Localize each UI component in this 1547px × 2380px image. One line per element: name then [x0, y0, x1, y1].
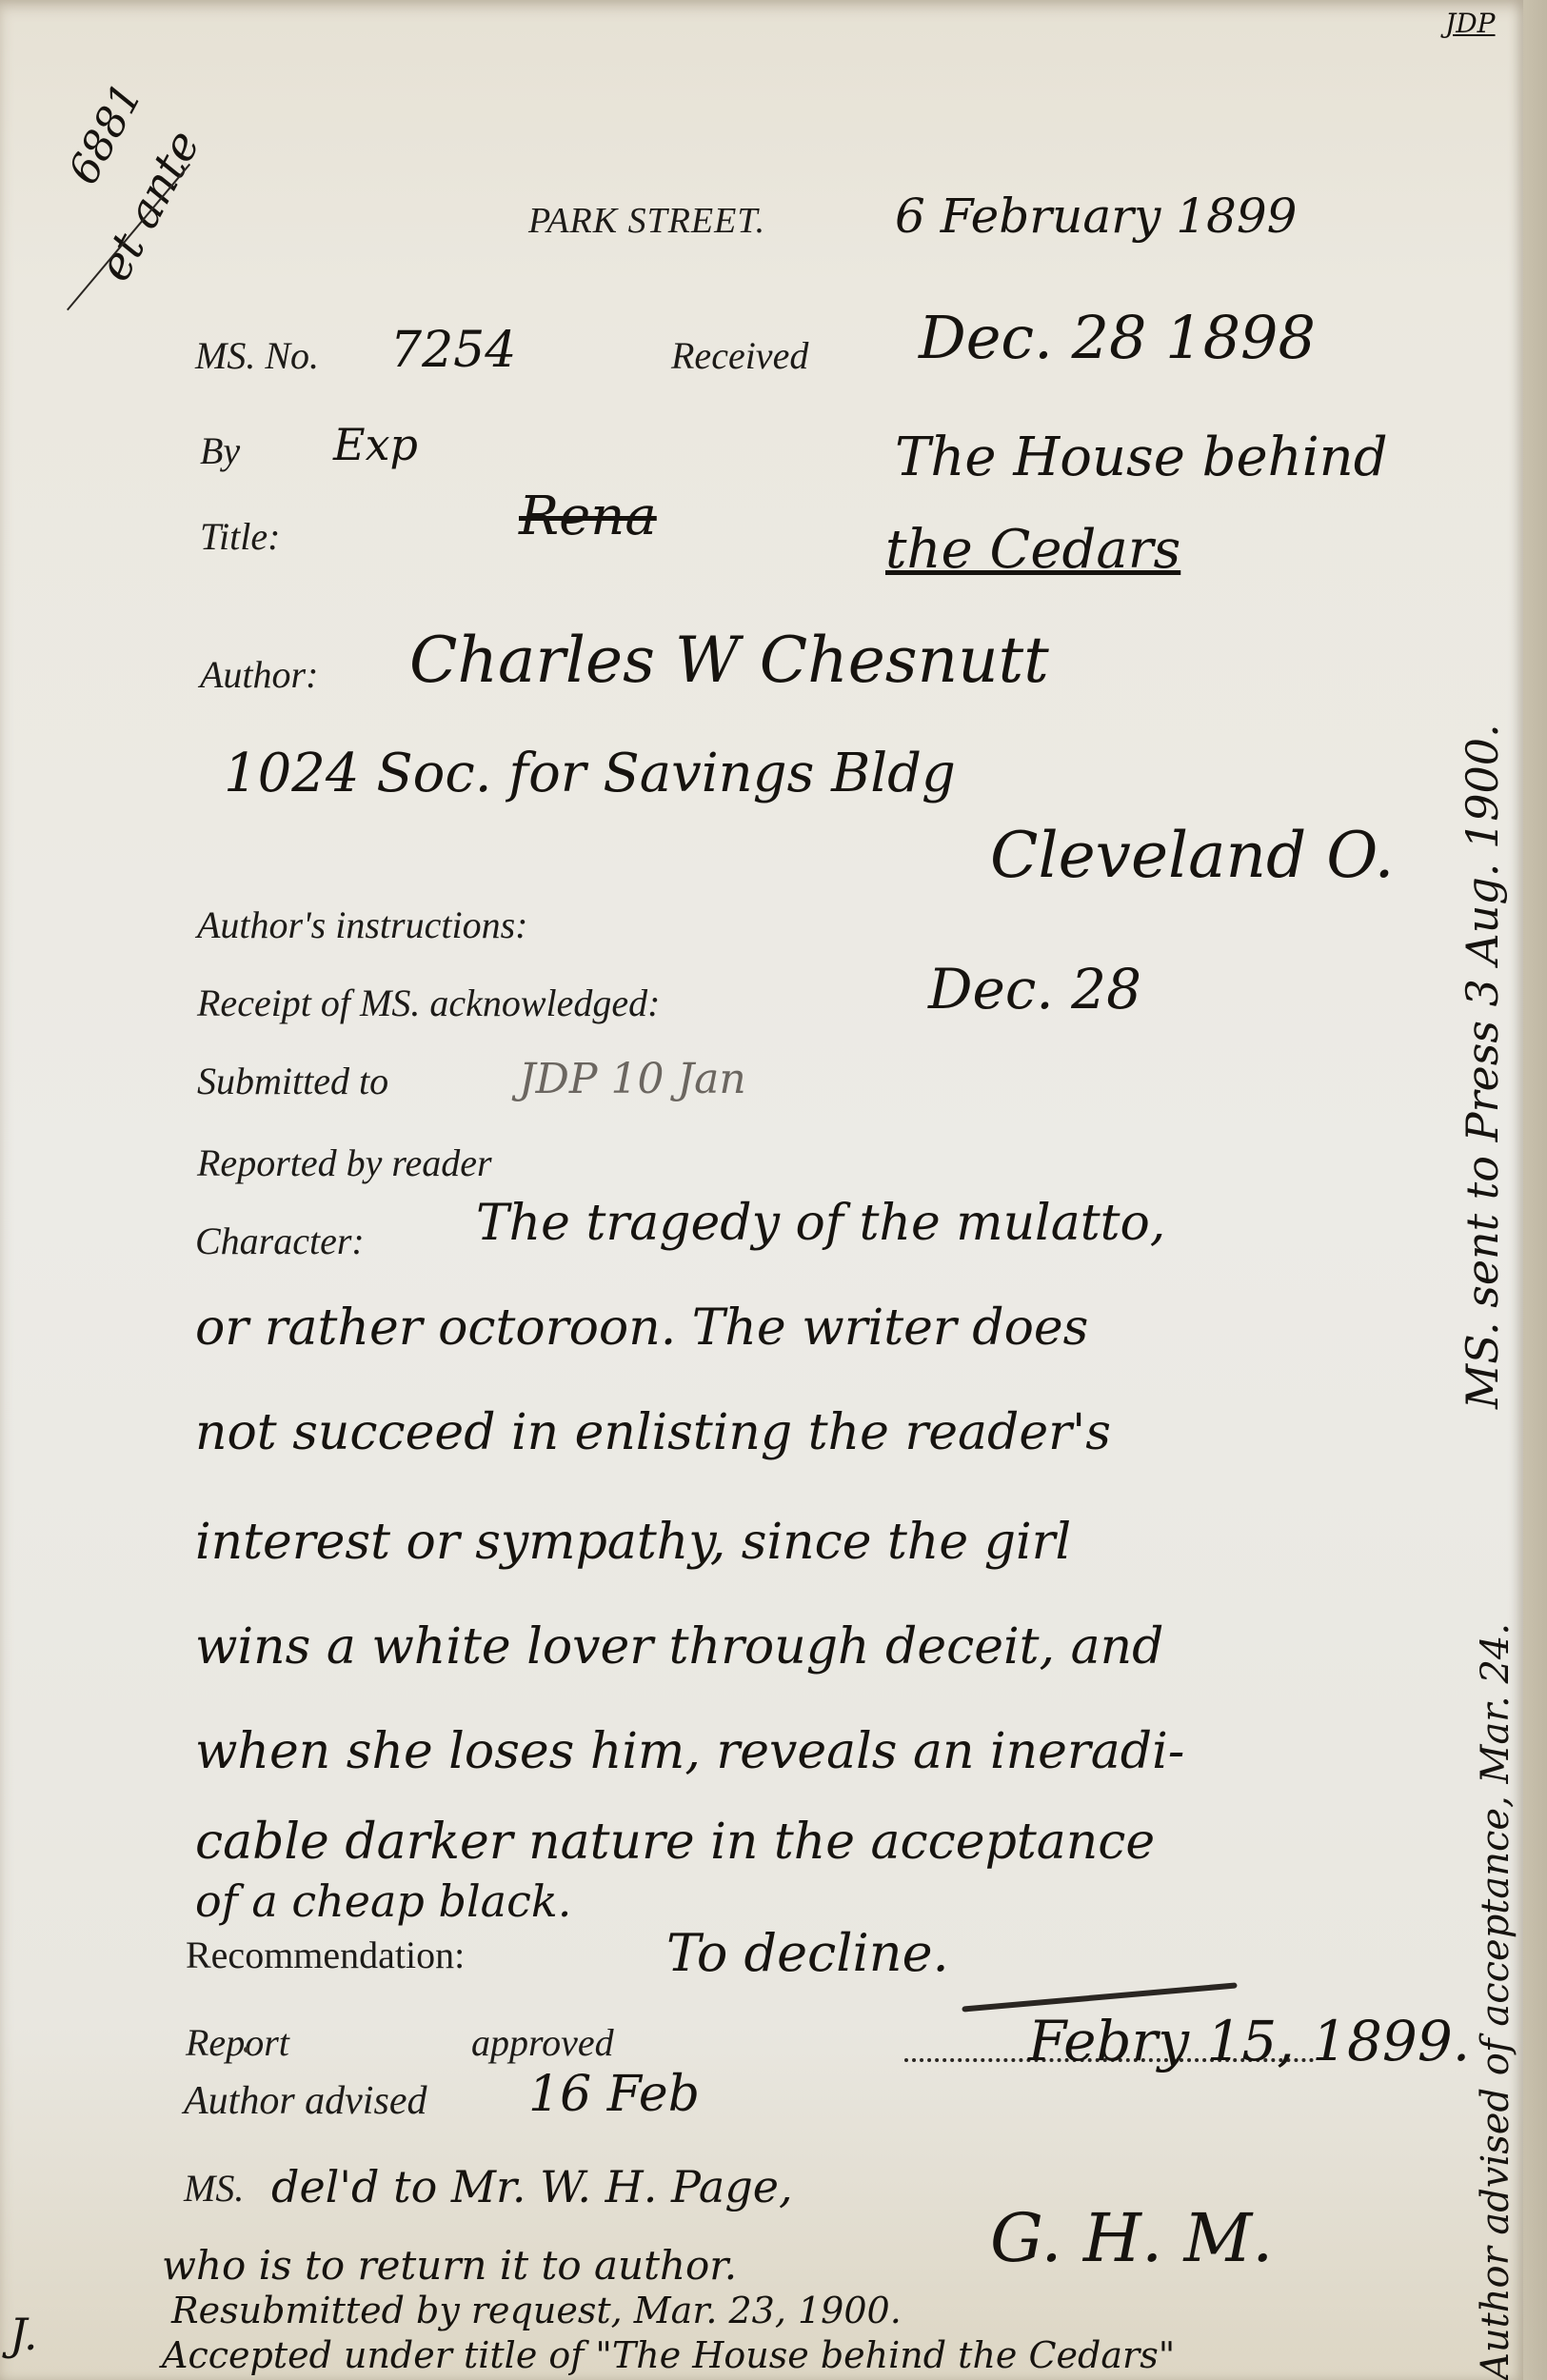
margin-note-acceptance: Author advised of acceptance, Mar. 24.	[1474, 1623, 1517, 2380]
manuscript-record-card: 6881 et ante JDP PARK STREET. 6 February…	[0, 0, 1523, 2380]
author-label: Author:	[200, 652, 318, 697]
report-label: Report	[186, 2020, 289, 2065]
recommendation-value: To decline.	[666, 1923, 949, 1983]
recommendation-label: Recommendation:	[186, 1933, 465, 1977]
character-line: or rather octoroon. The writer does	[195, 1299, 1088, 1357]
character-line: not succeed in enlisting the reader's	[195, 1404, 1111, 1461]
character-line: of a cheap black.	[195, 1875, 571, 1927]
character-label: Character:	[195, 1219, 365, 1263]
approved-label: approved	[471, 2020, 614, 2065]
corner-initials: JDP	[1445, 8, 1496, 39]
address-label: PARK STREET.	[528, 200, 765, 242]
received-label: Received	[671, 333, 808, 378]
character-line: when she loses him, reveals an ineradi-	[195, 1723, 1184, 1780]
author-value: Charles W Chesnutt	[409, 624, 1049, 697]
character-line: The tragedy of the mulatto,	[476, 1195, 1165, 1252]
resubmitted-mark: J.	[10, 2309, 38, 2360]
approved-date: Febry 15, 1899.	[1028, 2009, 1470, 2073]
title-line-2: the Cedars	[885, 519, 1180, 581]
character-line: wins a white lover through deceit, and	[195, 1618, 1163, 1676]
submitted-value: JDP 10 Jan	[519, 1055, 746, 1103]
by-value: Exp	[333, 419, 418, 470]
author-advised-value: 16 Feb	[528, 2066, 700, 2123]
receipt-value: Dec. 28	[928, 957, 1141, 1021]
author-advised-label: Author advised	[184, 2078, 426, 2124]
author-address-1: 1024 Soc. for Savings Bldg	[224, 743, 956, 804]
ms-delivered: del'd to Mr. W. H. Page,	[271, 2161, 793, 2212]
title-struck: Rena	[519, 486, 657, 547]
received-value: Dec. 28 1898	[919, 303, 1316, 372]
ms-label: MS.	[184, 2166, 244, 2211]
header-date: 6 February 1899	[895, 188, 1297, 244]
receipt-label: Receipt of MS. acknowledged:	[197, 981, 660, 1025]
ms-return: who is to return it to author.	[162, 2242, 737, 2289]
margin-note-press: MS. sent to Press 3 Aug. 1900.	[1457, 724, 1508, 1409]
report-dot	[244, 2047, 249, 2053]
reported-label: Reported by reader	[197, 1140, 492, 1185]
submitted-label: Submitted to	[197, 1059, 388, 1103]
character-line: interest or sympathy, since the girl	[195, 1514, 1071, 1571]
resubmitted-note: Resubmitted by request, Mar. 23, 1900.	[171, 2290, 902, 2331]
instructions-label: Author's instructions:	[197, 902, 527, 947]
character-line: cable darker nature in the acceptance	[195, 1814, 1155, 1871]
title-label: Title:	[200, 514, 280, 559]
ms-signature: G. H. M.	[990, 2199, 1273, 2277]
page-edge	[1523, 0, 1547, 2380]
author-address-2: Cleveland O.	[990, 819, 1394, 892]
approved-flourish	[962, 1982, 1237, 2012]
title-line-1: The House behind	[895, 426, 1388, 488]
ms-no-value: 7254	[390, 322, 516, 379]
ms-no-label: MS. No.	[195, 333, 319, 378]
accepted-note: Accepted under title of "The House behin…	[162, 2334, 1175, 2376]
by-label: By	[200, 428, 240, 473]
